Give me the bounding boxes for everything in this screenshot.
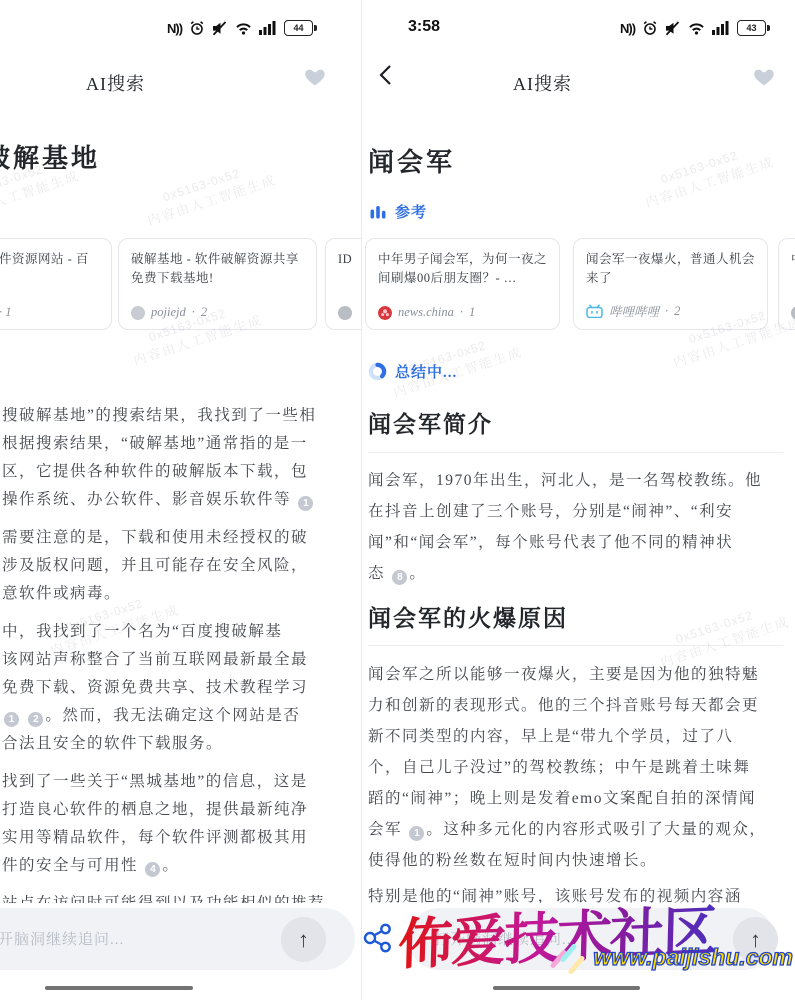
wifi-icon <box>235 22 252 35</box>
reference-card[interactable]: 闻会军一夜爆火，普通人机会来了 哔哩哔哩·2 <box>573 238 768 330</box>
left-phone-panel: N)) 44 <box>0 0 361 1000</box>
answer-line: 态 8。 <box>368 561 426 585</box>
card-source: pojiejd·2 <box>131 305 207 320</box>
answer-line: 区，它提供各种软件的破解版本下载，包 <box>2 459 308 481</box>
answer-line: 闻会军，1970年出生，河北人，是一名驾校教练。他 <box>368 468 762 490</box>
section-divider <box>368 452 783 453</box>
left-status-bar: N)) 44 <box>167 16 317 40</box>
reference-card[interactable]: 中年男子闻会军，为何一夜之间刷爆00后朋友圈？- … news.china·1 <box>365 238 560 330</box>
answer-line: 个，自己儿子没过”的驾校教练；中午是跳着土味舞 <box>368 755 750 777</box>
wifi-icon <box>688 22 705 35</box>
section-heading: 闻会军的火爆原因 <box>368 600 568 633</box>
answer-line: 意软件或病毒。 <box>2 581 121 603</box>
answer-line: 涉及版权问题，并且可能存在安全风险， <box>2 553 308 575</box>
cellular-signal-icon <box>259 21 277 35</box>
answer-line: 力和创新的表现形式。他的三个抖音账号每天都会更 <box>368 693 759 715</box>
card-title: 中年男子闻会军，为何一夜之间刷爆00后朋友圈？- … <box>378 250 547 288</box>
nfc-icon: N)) <box>620 21 635 36</box>
right-status-bar: N)) 43 <box>620 16 770 40</box>
card-source <box>338 306 352 320</box>
send-button[interactable]: ↑ <box>281 917 326 962</box>
nfc-icon: N)) <box>167 21 182 36</box>
summarizing-label: 总结中... <box>395 361 457 382</box>
alarm-clock-icon <box>642 20 658 36</box>
answer-line: 实用等精品软件，每个软件评测都极其用 <box>2 825 308 847</box>
reference-card[interactable]: ID <box>325 238 361 330</box>
answer-line: 会军 1。这种多元化的内容形式吸引了大量的观众， <box>368 817 766 841</box>
reference-label: 参考 <box>395 201 427 222</box>
screenshot-stage: N)) 44 <box>0 0 795 1000</box>
result-heading: 破解基地 <box>0 138 100 175</box>
battery-percent: 43 <box>737 20 766 36</box>
answer-line: 免费下载、资源免费共享、技术教程学习 <box>2 675 308 697</box>
cellular-signal-icon <box>712 21 730 35</box>
answer-line: 蹈的“闹神”；晚上则是发着emo文案配自拍的深情闻 <box>368 786 756 808</box>
clock-time: 3:58 <box>408 18 440 36</box>
answer-line: 找到了一些关于“黑城基地”的信息，这是 <box>2 769 308 791</box>
answer-line: 搜破解基地”的搜索结果，我找到了一些相 <box>2 403 316 425</box>
answer-line: 新不同类型的内容，早上是“带九个学员，过了八 <box>368 724 733 746</box>
section-divider <box>368 645 783 646</box>
page-title: AI搜索 <box>86 70 145 96</box>
share-icon[interactable] <box>363 922 393 954</box>
page-title: AI搜索 <box>513 70 572 96</box>
send-button[interactable]: ↑ <box>733 917 778 962</box>
reference-card[interactable]: 件资源网站 - 百 · 1 <box>0 238 112 330</box>
card-source: · 1 <box>0 305 12 320</box>
answer-line: 根据搜索结果，“破解基地”通常指的是一 <box>2 431 308 453</box>
bar-chart-icon <box>370 203 387 220</box>
result-heading: 闻会军 <box>368 142 455 179</box>
site-favicon <box>338 306 352 320</box>
battery-icon: 43 <box>737 20 770 36</box>
bilibili-icon <box>586 304 603 318</box>
answer-line: 打造良心软件的栖息之地，提供最新纯净 <box>2 797 308 819</box>
card-source: 哔哩哔哩·2 <box>586 302 680 320</box>
card-title: 破解基地 - 软件破解资源共享免费下载基地! <box>131 250 304 288</box>
followup-input-pill[interactable] <box>408 908 775 970</box>
loading-spinner-icon <box>368 362 387 381</box>
back-icon[interactable] <box>374 62 400 88</box>
reference-row[interactable]: 参考 <box>370 201 427 222</box>
site-favicon <box>791 306 795 320</box>
home-indicator[interactable] <box>493 986 640 990</box>
battery-icon: 44 <box>284 20 317 36</box>
card-title: 件资源网站 - 百 <box>0 250 89 269</box>
summarizing-row: 总结中... <box>368 361 457 382</box>
section-heading: 闻会军简介 <box>368 406 493 439</box>
mute-icon <box>212 21 228 36</box>
alarm-clock-icon <box>189 20 205 36</box>
card-title: ID <box>338 250 361 269</box>
answer-line: 件的安全与可用性 4。 <box>2 853 179 877</box>
home-indicator[interactable] <box>45 986 193 990</box>
answer-line: 1 2。然而，我无法确定这个网站是否 <box>2 703 300 727</box>
answer-line: 合法且安全的软件下载服务。 <box>2 731 223 753</box>
site-favicon <box>131 306 145 320</box>
card-source <box>791 306 795 320</box>
card-source: news.china·1 <box>378 305 475 320</box>
battery-percent: 44 <box>284 20 313 36</box>
reference-card[interactable]: 破解基地 - 软件破解资源共享免费下载基地! pojiejd·2 <box>118 238 317 330</box>
mute-icon <box>665 21 681 36</box>
favorite-heart-icon[interactable] <box>752 66 776 90</box>
answer-line: 闻会军之所以能够一夜爆火，主要是因为他的独特魅 <box>368 662 759 684</box>
favorite-heart-icon[interactable] <box>303 66 327 90</box>
card-title: 闻会军一夜爆火，普通人机会来了 <box>586 250 755 288</box>
answer-line: 使得他的粉丝数在短时间内快速增长。 <box>368 848 657 870</box>
reference-card[interactable]: 中年男子闻会军，公… <box>778 238 795 330</box>
answer-line: 需要注意的是，下载和使用未经授权的破 <box>2 525 308 547</box>
right-phone-panel: 3:58 N)) 4 <box>362 0 795 1000</box>
answer-line: 闻”和“闻会军”，每个账号代表了他不同的精神状 <box>368 530 733 552</box>
answer-line: 操作系统、办公软件、影音娱乐软件等 1 <box>2 487 315 511</box>
answer-line: 该网站声称整合了当前互联网最新最全最 <box>2 647 308 669</box>
news-china-icon <box>378 306 392 320</box>
card-title: 中年男子闻会军，公… <box>791 250 795 269</box>
answer-line: 中，我找到了一个名为“百度搜破解基 <box>2 619 282 641</box>
answer-line: 在抖音上创建了三个账号，分别是“闹神”、“利安 <box>368 499 733 521</box>
